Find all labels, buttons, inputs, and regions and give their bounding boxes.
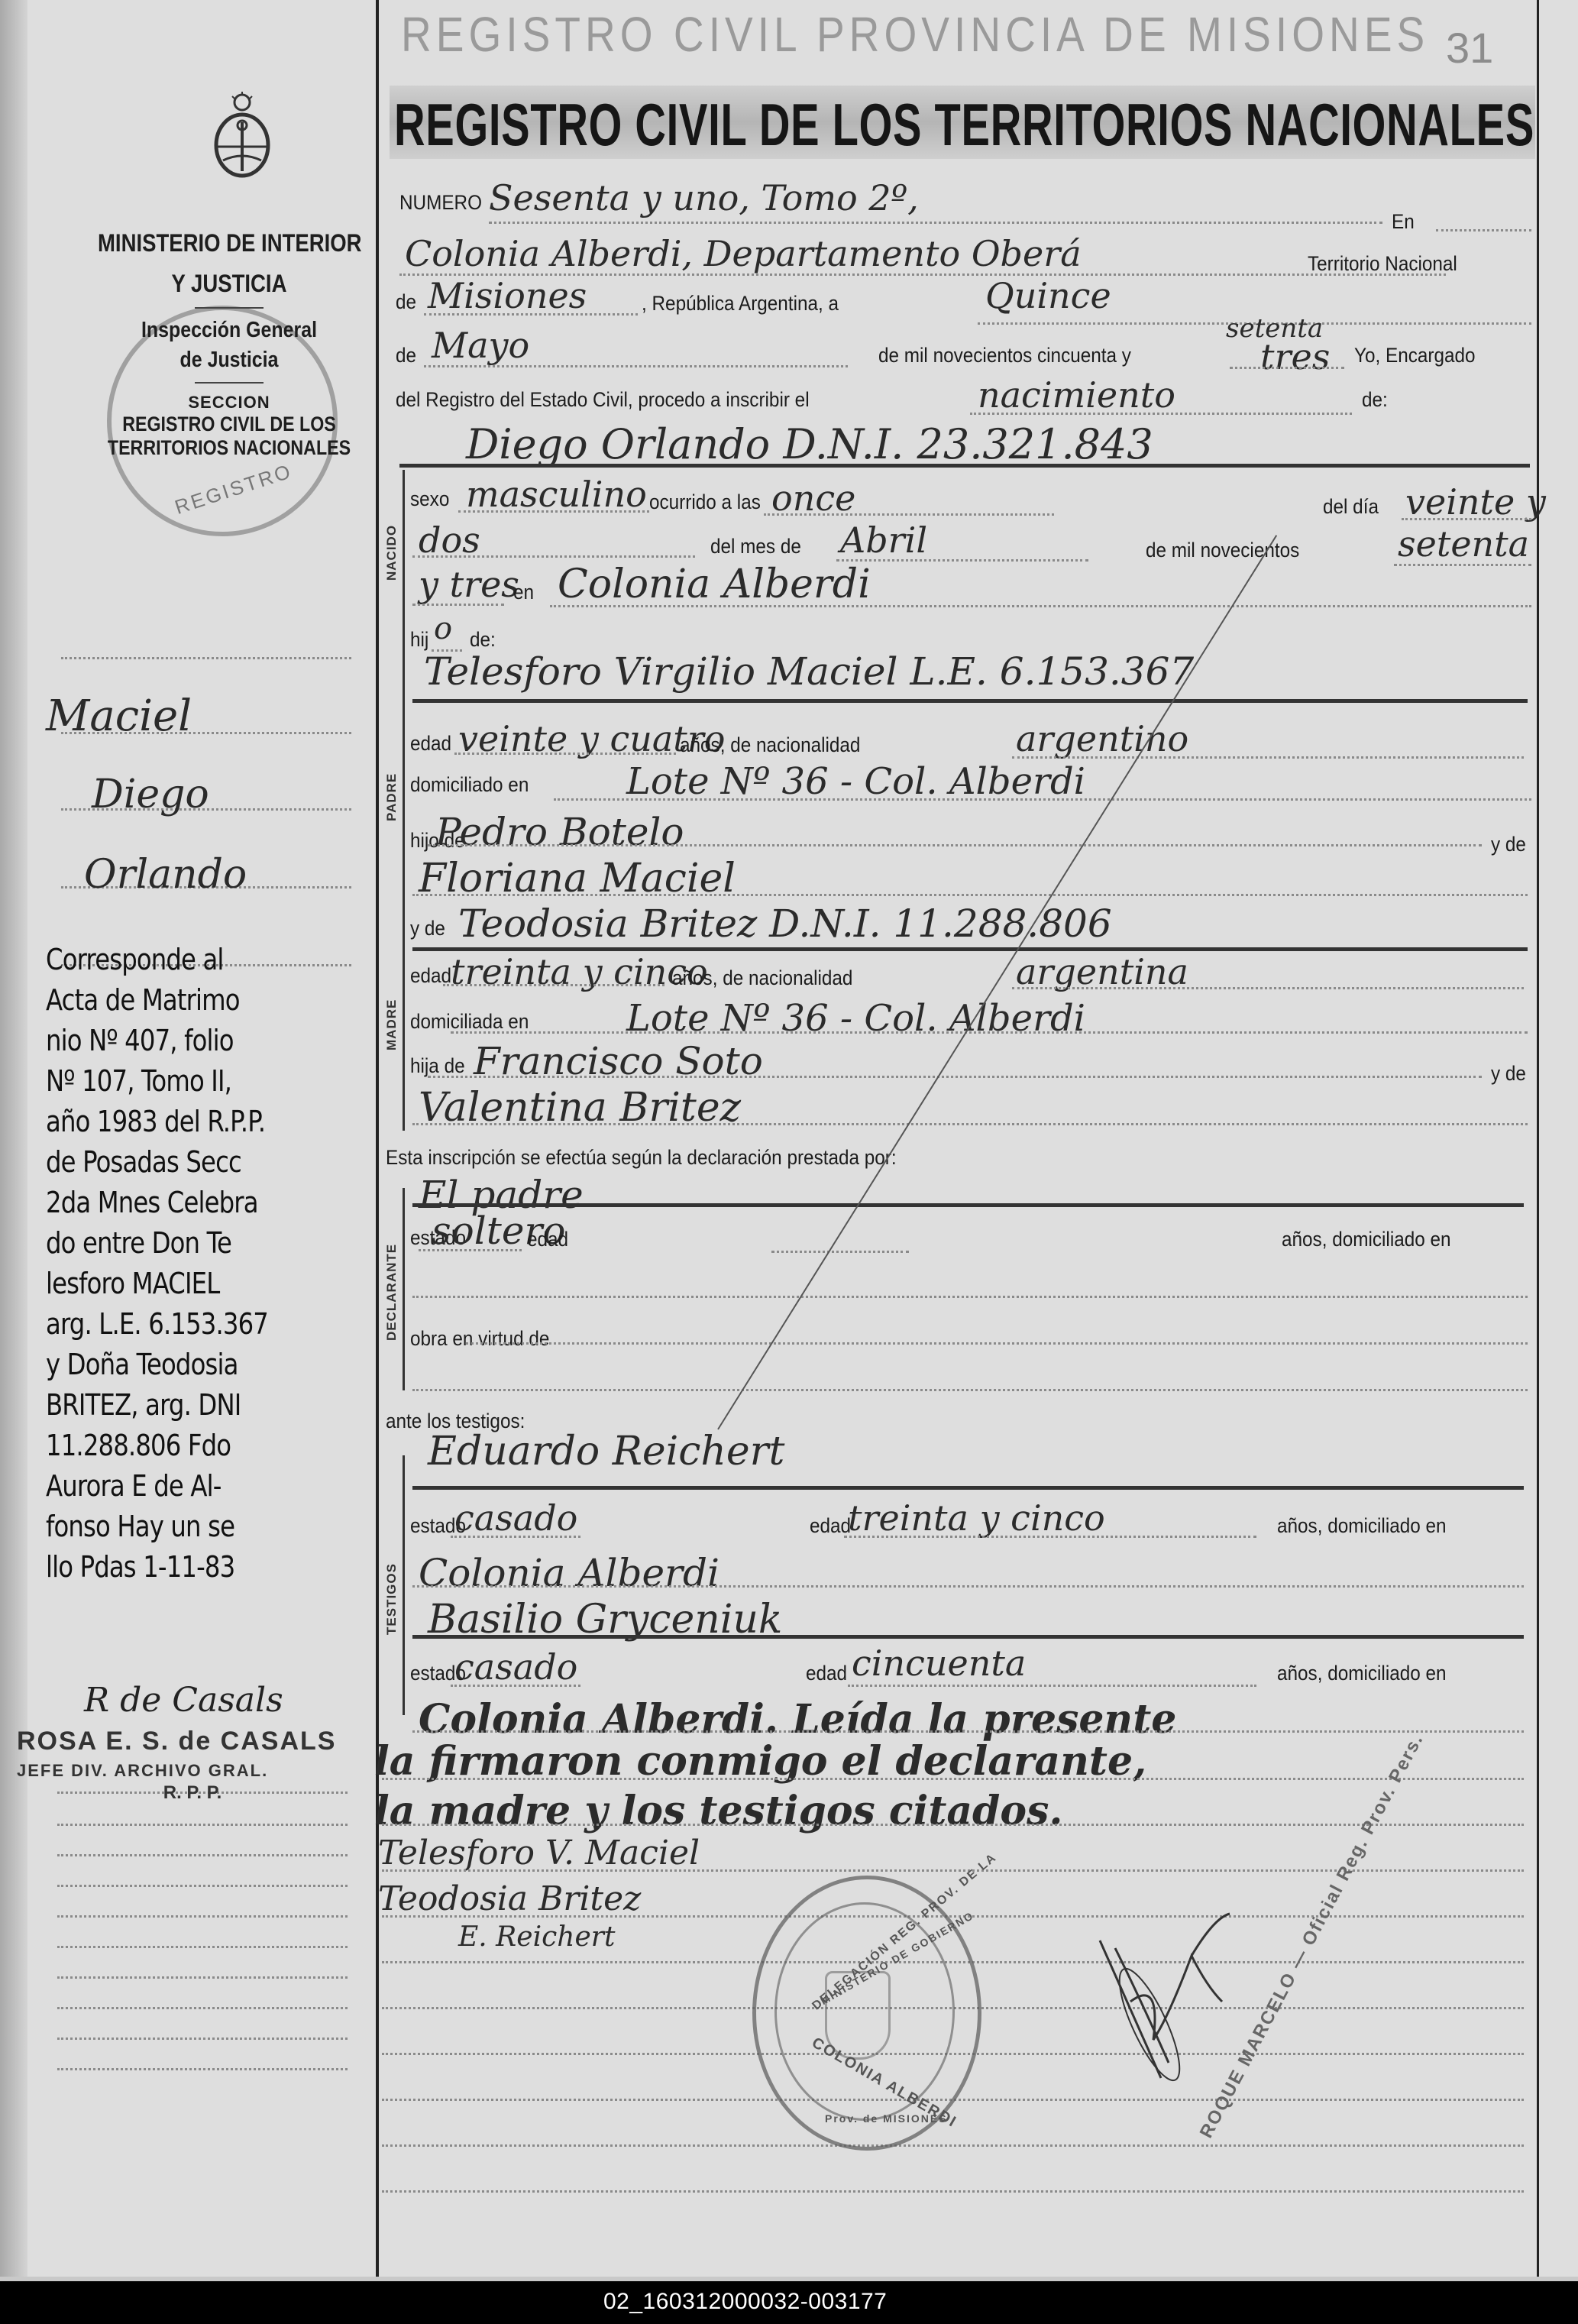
dotted-line bbox=[771, 1251, 909, 1253]
dotted-line bbox=[489, 222, 1382, 224]
witness1-edad-value: treinta y cinco bbox=[848, 1497, 1105, 1539]
ministry-line-7: TERRITORIOS NACIONALES bbox=[98, 436, 361, 460]
sexo-value: masculino bbox=[466, 474, 647, 515]
dotted-line bbox=[1402, 518, 1531, 520]
ministry-letterhead: MINISTERIO DE INTERIOR Y JUSTICIA Inspec… bbox=[76, 229, 382, 460]
dotted-line bbox=[550, 605, 1531, 607]
mother-yde-label: y de bbox=[410, 917, 445, 940]
witness2-estado-value: casado bbox=[454, 1646, 577, 1688]
note-line: arg. L.E. 6.153.367 bbox=[46, 1304, 319, 1345]
dotted-line bbox=[382, 1778, 1524, 1780]
ministry-line-1: MINISTERIO DE INTERIOR bbox=[98, 229, 361, 257]
left-column-border bbox=[376, 0, 379, 2277]
declarante-bracket bbox=[403, 1188, 405, 1390]
dotted-line bbox=[848, 1685, 1256, 1687]
declaracion-label: Esta inscripción se efectúa según la dec… bbox=[386, 1146, 897, 1170]
declarante-section-label: DECLARANTE bbox=[384, 1244, 399, 1341]
archive-stamp-title: JEFE DIV. ARCHIVO GRAL. bbox=[17, 1761, 368, 1781]
father-nacionalidad-label: años, de nacionalidad bbox=[680, 733, 860, 757]
father-name-value: Telesforo Virgilio Maciel L.E. 6.153.367 bbox=[424, 649, 1194, 694]
note-line: de Posadas Secc bbox=[46, 1142, 319, 1183]
dotted-line bbox=[57, 2068, 348, 2070]
image-id-footer: 02_160312000032-003177 bbox=[0, 2281, 1578, 2324]
margin-given-name-2: Orlando bbox=[84, 852, 247, 898]
numero-value: Sesenta y uno, Tomo 2º, bbox=[489, 177, 919, 218]
sexo-label: sexo bbox=[410, 487, 449, 511]
argentine-coat-of-arms-icon bbox=[200, 92, 284, 182]
note-line: do entre Don Te bbox=[46, 1223, 319, 1264]
underline bbox=[412, 1635, 1524, 1639]
act-type-value: nacimiento bbox=[978, 374, 1175, 416]
dotted-line bbox=[412, 604, 504, 606]
registro-label: del Registro del Estado Civil, procedo a… bbox=[396, 388, 810, 412]
dotted-line bbox=[57, 1946, 348, 1948]
seal-text-province: Prov. de MISIONES bbox=[825, 2112, 948, 2125]
dotted-line bbox=[1012, 987, 1524, 989]
underline bbox=[399, 464, 1530, 468]
dotted-line bbox=[57, 1854, 348, 1856]
hij-label: hij bbox=[410, 628, 428, 652]
document-page: REGISTRO CIVIL PROVINCIA DE MISIONES 31 … bbox=[0, 0, 1578, 2277]
note-line: año 1983 del R.P.P. bbox=[46, 1102, 319, 1142]
underline bbox=[412, 1486, 1524, 1490]
dotted-line bbox=[844, 1536, 1256, 1538]
note-line: 2da Mnes Celebra bbox=[46, 1183, 319, 1223]
dotted-line bbox=[412, 555, 695, 558]
archive-stamp-office: R. P. P. bbox=[17, 1782, 368, 1804]
declarante-domicilio-label: años, domiciliado en bbox=[1282, 1228, 1451, 1251]
father-nacionalidad-value: argentino bbox=[1016, 718, 1188, 759]
divider bbox=[195, 307, 264, 309]
month-value: Mayo bbox=[432, 325, 529, 366]
dotted-line bbox=[451, 1031, 1528, 1034]
declarante-edad-label: edad bbox=[527, 1228, 568, 1251]
witness2-edad-label: edad bbox=[806, 1662, 847, 1685]
dotted-line bbox=[836, 559, 1088, 562]
testigos-section-label: TESTIGOS bbox=[384, 1563, 399, 1635]
hij-value: o bbox=[434, 611, 452, 646]
witness1-domicilio-value: Colonia Alberdi bbox=[419, 1551, 719, 1595]
ministry-line-2: Y JUSTICIA bbox=[98, 270, 361, 298]
witness1-edad-label: edad bbox=[810, 1514, 851, 1538]
note-line: fonso Hay un se bbox=[46, 1507, 319, 1547]
dotted-line bbox=[1230, 367, 1344, 369]
marriage-annotation: Corresponde al Acta de Matrimo nio Nº 40… bbox=[46, 940, 367, 1588]
mother-yde-label-2: y de bbox=[1491, 1062, 1526, 1086]
dotted-line bbox=[382, 2144, 1524, 2147]
day-value: Quince bbox=[985, 275, 1111, 316]
divider bbox=[195, 382, 264, 384]
witness1-domicilio-label: años, domiciliado en bbox=[1277, 1514, 1447, 1538]
ocurrido-label: ocurrido a las bbox=[649, 490, 761, 514]
ministry-line-6: REGISTRO CIVIL DE LOS bbox=[98, 413, 361, 436]
dotted-line bbox=[57, 1976, 348, 1979]
dotted-line bbox=[1012, 756, 1524, 759]
underline bbox=[412, 1203, 1524, 1207]
dotted-line bbox=[57, 1885, 348, 1887]
mother-domicilio-label: domiciliada en bbox=[410, 1010, 529, 1034]
archive-stamp-name: ROSA E. S. de CASALS bbox=[17, 1727, 368, 1756]
month-value: Abril bbox=[840, 520, 927, 561]
mother-nacionalidad-value: argentina bbox=[1016, 951, 1188, 992]
faded-header-title: REGISTRO CIVIL PROVINCIA DE MISIONES bbox=[401, 6, 1429, 63]
ministry-line-3: Inspección General bbox=[98, 318, 361, 343]
testigos-bracket bbox=[403, 1455, 405, 1715]
mother-name-value: Teodosia Britez D.N.I. 11.288.806 bbox=[458, 901, 1112, 946]
dotted-line bbox=[466, 1342, 1528, 1345]
child-name-value: Diego Orlando D.N.I. 23.321.843 bbox=[466, 420, 1153, 468]
dotted-line bbox=[382, 1915, 1524, 1918]
note-line: 11.288.806 Fdo bbox=[46, 1426, 319, 1466]
dotted-line bbox=[57, 2038, 348, 2040]
dia-label: del día bbox=[1323, 495, 1379, 519]
ministry-line-4: de Justicia bbox=[98, 348, 361, 373]
signature-father: Telesforo V. Maciel bbox=[378, 1834, 700, 1872]
dotted-line bbox=[57, 1824, 348, 1826]
dotted-line bbox=[382, 1824, 1524, 1826]
witness1-name-value: Eduardo Reichert bbox=[428, 1429, 784, 1474]
mother-nacionalidad-label: años, de nacionalidad bbox=[672, 966, 852, 990]
de-label: de bbox=[396, 344, 416, 367]
dotted-line bbox=[412, 1730, 1524, 1733]
en-label: en bbox=[513, 581, 534, 604]
madre-bracket bbox=[403, 909, 405, 1131]
witness2-domicilio-value: Colonia Alberdi. Leída la presente bbox=[419, 1696, 1176, 1743]
signature-mother: Teodosia Britez bbox=[378, 1879, 641, 1918]
republica-label: , República Argentina, a bbox=[642, 292, 839, 316]
province-value: Misiones bbox=[428, 275, 587, 316]
numero-label: NUMERO bbox=[399, 191, 482, 215]
note-line: llo Pdas 1-11-83 bbox=[46, 1547, 319, 1588]
mother-hija-label: hija de bbox=[410, 1054, 465, 1078]
dotted-line bbox=[382, 2190, 1524, 2193]
archivist-signature: R de Casals bbox=[84, 1681, 283, 1720]
note-line: Nº 107, Tomo II, bbox=[46, 1061, 319, 1102]
note-line: Corresponde al bbox=[46, 940, 319, 980]
dotted-line bbox=[554, 798, 1531, 801]
territorio-label: Territorio Nacional bbox=[1308, 252, 1457, 276]
year-value-a: setenta bbox=[1398, 523, 1529, 565]
dotted-line bbox=[412, 1389, 1528, 1391]
mil-label: de mil novecientos bbox=[1146, 539, 1299, 562]
dotted-line bbox=[424, 365, 848, 367]
witness1-estado-value: casado bbox=[454, 1497, 577, 1539]
place-value: Colonia Alberdi, Departamento Oberá bbox=[405, 233, 1082, 274]
archive-stamp: ROSA E. S. de CASALS JEFE DIV. ARCHIVO G… bbox=[17, 1727, 368, 1804]
dotted-line bbox=[451, 1536, 580, 1538]
note-line: Aurora E de Al- bbox=[46, 1466, 319, 1507]
witness2-edad-value: cincuenta bbox=[852, 1643, 1026, 1684]
father-edad-label: edad bbox=[410, 732, 451, 756]
dotted-line bbox=[428, 844, 1482, 846]
dotted-line bbox=[57, 1915, 348, 1918]
dotted-line bbox=[764, 513, 1054, 516]
father-domicilio-value: Lote Nº 36 - Col. Alberdi bbox=[626, 760, 1085, 803]
margin-given-name-1: Diego bbox=[92, 772, 209, 817]
right-border bbox=[1537, 0, 1539, 2277]
margin-surname: Maciel bbox=[46, 691, 192, 741]
de-colon-label: de: bbox=[470, 628, 496, 652]
official-seal: DELEGACIÓN REG. PROV. DE LA MINISTERIO D… bbox=[752, 1876, 981, 2151]
dotted-line bbox=[451, 1685, 580, 1687]
closing-line-2: la madre y los testigos citados. bbox=[374, 1788, 1062, 1834]
en-label: En bbox=[1392, 210, 1415, 234]
dotted-line bbox=[1394, 564, 1531, 566]
image-id-label: 02_160312000032-003177 bbox=[603, 2289, 887, 2315]
dotted-line bbox=[458, 510, 649, 513]
de-colon-label: de: bbox=[1362, 388, 1388, 412]
nacido-section-label: NACIDO bbox=[384, 525, 399, 581]
main-header-band: REGISTRO CIVIL DE LOS TERRITORIOS NACION… bbox=[390, 86, 1535, 159]
dotted-line bbox=[454, 753, 676, 755]
dotted-line bbox=[412, 1123, 1528, 1125]
dotted-line bbox=[412, 1585, 1524, 1588]
year-value: tres bbox=[1260, 336, 1330, 377]
dotted-line bbox=[412, 894, 1528, 896]
main-header-title: REGISTRO CIVIL DE LOS TERRITORIOS NACION… bbox=[394, 90, 1534, 160]
dotted-line bbox=[57, 2007, 348, 2009]
ministry-line-5: SECCION bbox=[76, 393, 382, 413]
nacido-bracket bbox=[403, 470, 405, 680]
obra-label: obra en virtud de bbox=[410, 1327, 549, 1351]
dotted-line bbox=[1436, 229, 1531, 231]
dotted-line bbox=[419, 1249, 522, 1251]
dotted-line bbox=[443, 984, 665, 986]
day-value-a: veinte y bbox=[1405, 481, 1546, 523]
father-domicilio-label: domiciliado en bbox=[410, 773, 529, 797]
padre-section-label: PADRE bbox=[384, 773, 399, 821]
page-number: 31 bbox=[1446, 23, 1493, 73]
note-line: y Doña Teodosia bbox=[46, 1345, 319, 1385]
year-value-b: y tres bbox=[419, 564, 519, 605]
hour-value: once bbox=[771, 477, 855, 519]
father-parent1-value: Pedro Botelo bbox=[435, 810, 684, 854]
padre-bracket bbox=[403, 659, 405, 911]
de-label: de bbox=[396, 290, 416, 314]
mes-label: del mes de bbox=[710, 535, 801, 558]
stamp-text: REGISTRO bbox=[172, 459, 296, 520]
note-line: nio Nº 407, folio bbox=[46, 1021, 319, 1061]
note-line: lesforo MACIEL bbox=[46, 1264, 319, 1304]
birth-place-value: Colonia Alberdi bbox=[558, 562, 871, 607]
day-value-b: dos bbox=[419, 520, 480, 561]
mil-novecientos-label: de mil novecientos cincuenta y bbox=[878, 344, 1131, 367]
dotted-line bbox=[428, 1076, 1482, 1078]
dotted-line bbox=[970, 413, 1352, 415]
note-line: BRITEZ, arg. DNI bbox=[46, 1385, 319, 1426]
father-yde-label: y de bbox=[1491, 833, 1526, 856]
signature-witness: E. Reichert bbox=[458, 1921, 615, 1953]
dotted-line bbox=[424, 313, 638, 316]
madre-section-label: MADRE bbox=[384, 999, 399, 1050]
note-line: Acta de Matrimo bbox=[46, 980, 319, 1021]
dotted-line bbox=[61, 657, 351, 659]
underline bbox=[412, 699, 1528, 703]
encargado-label: Yo, Encargado bbox=[1354, 344, 1476, 367]
witness2-domicilio-label: años, domiciliado en bbox=[1277, 1662, 1447, 1685]
dotted-line bbox=[412, 1296, 1528, 1298]
